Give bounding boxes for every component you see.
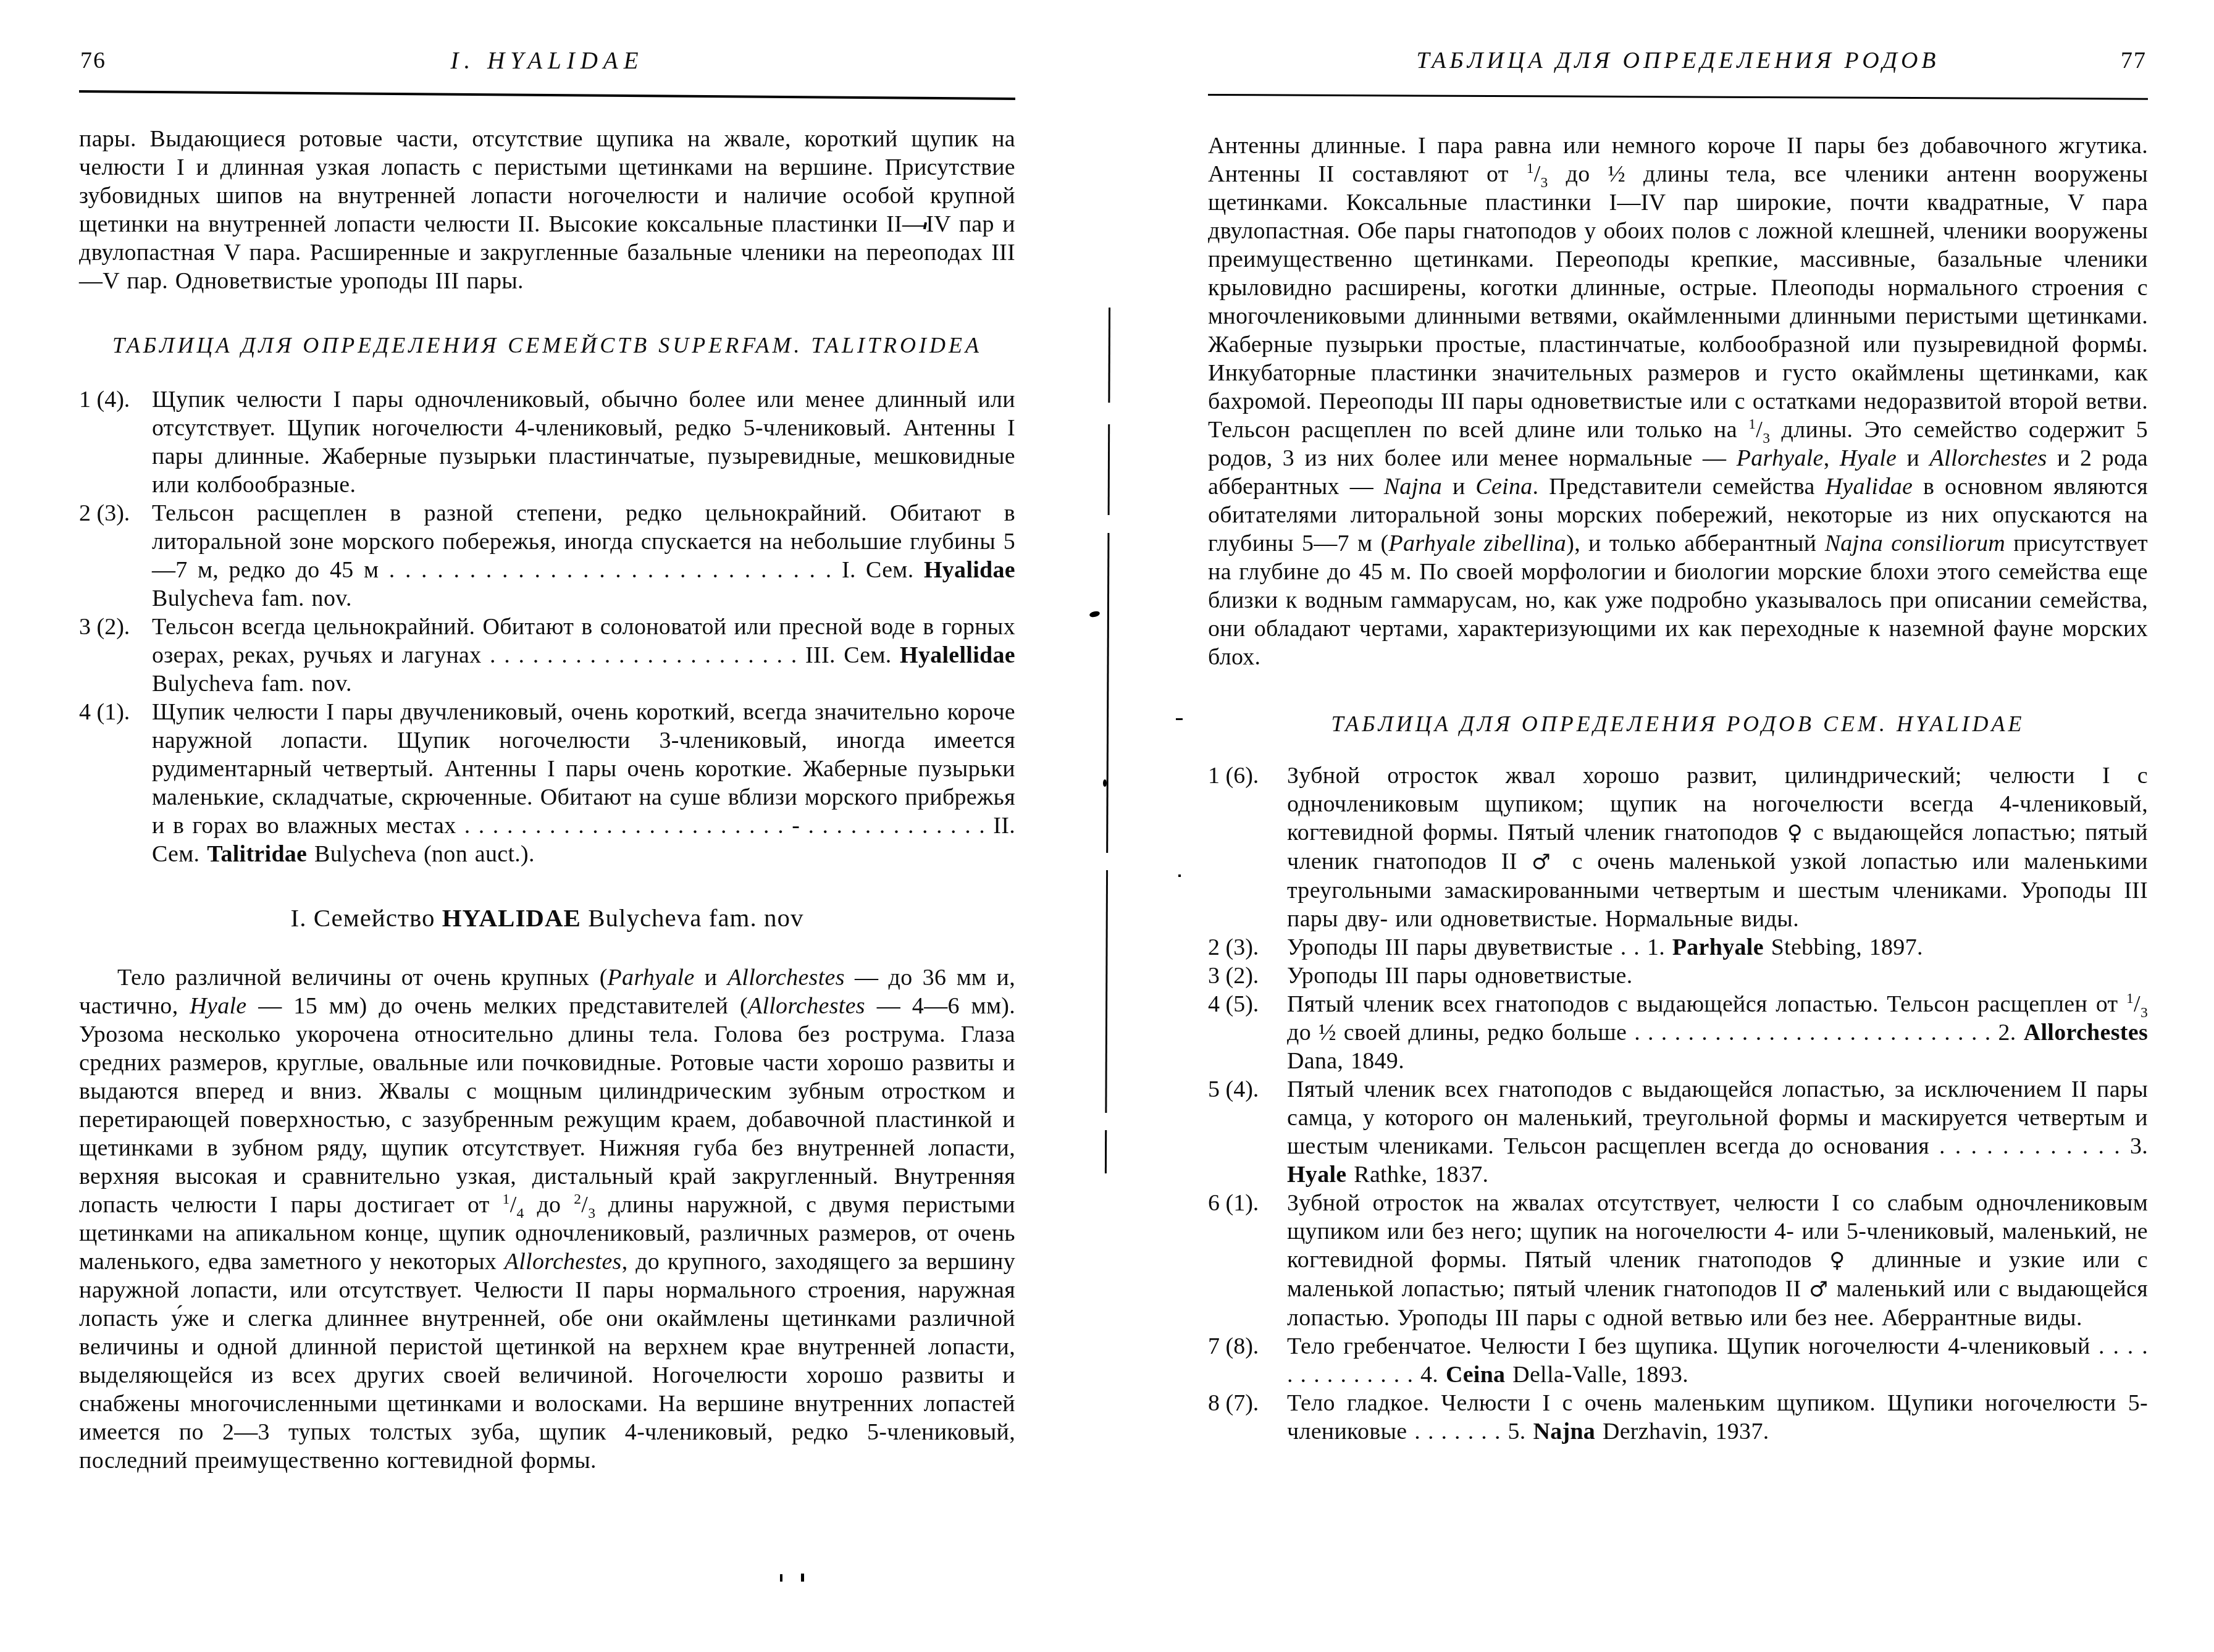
key-text: Тельсон всегда цельнокрайний. Обитают в … <box>152 613 1015 698</box>
genus-key-item-8: 8 (7). Тело гладкое. Челюсти I с очень м… <box>1208 1389 2148 1446</box>
page-left: 76 I. HYALIDAE пары. Выдающиеся ротовые … <box>79 0 1015 1475</box>
genus-key-item-2: 2 (3). Уроподы III пары двуветвистые . .… <box>1208 933 2148 962</box>
genus-key-item-1: 1 (6). Зубной отросток жвал хорошо разви… <box>1208 761 2148 933</box>
family-key-item-2: 2 (3). Тельсон расщеплен в разной степен… <box>79 499 1015 613</box>
key-text: Тело гладкое. Челюсти I с очень маленьки… <box>1287 1389 2148 1446</box>
key-text: Щупик челюсти I пары одночлениковый, обы… <box>152 385 1015 499</box>
key-text: Пятый членик всех гнатоподов с выдающейс… <box>1287 990 2148 1075</box>
ink-speck <box>1103 779 1107 787</box>
gutter-crease <box>1105 308 1110 1173</box>
family-key-item-1: 1 (4). Щупик челюсти I пары одночлеников… <box>79 385 1015 499</box>
key-number: 5 (4). <box>1208 1075 1259 1104</box>
key-number: 3 (2). <box>1208 962 1259 990</box>
genus-table-heading: ТАБЛИЦА ДЛЯ ОПРЕДЕЛЕНИЯ РОДОВ СЕМ. HYALI… <box>1208 711 2148 737</box>
ink-speck <box>1176 718 1183 720</box>
ink-speck <box>780 1574 782 1582</box>
header-rule-right <box>1208 94 2148 100</box>
genus-key-item-4: 4 (5). Пятый членик всех гнатоподов с вы… <box>1208 990 2148 1075</box>
page-header-left: 76 I. HYALIDAE <box>79 47 1015 79</box>
ink-speck <box>1089 610 1101 618</box>
family-key-item-4: 4 (1). Щупик челюсти I пары двучлениковы… <box>79 698 1015 868</box>
key-number: 4 (5). <box>1208 990 1259 1018</box>
family-table-heading: ТАБЛИЦА ДЛЯ ОПРЕДЕЛЕНИЯ СЕМЕЙСТВ SUPERFA… <box>79 332 1015 358</box>
intro-paragraph-left: пары. Выдающиеся ротовые части, отсутств… <box>79 125 1015 295</box>
key-number: 8 (7). <box>1208 1389 1259 1417</box>
family-key-list: 1 (4). Щупик челюсти I пары одночлеников… <box>79 385 1015 868</box>
key-number: 2 (3). <box>79 499 130 527</box>
key-number: 2 (3). <box>1208 933 1259 962</box>
key-text: Зубной отросток жвал хорошо развит, цили… <box>1287 761 2148 933</box>
key-text: Зубной отросток на жвалах отсутствует, ч… <box>1287 1189 2148 1332</box>
genus-key-item-6: 6 (1). Зубной отросток на жвалах отсутст… <box>1208 1189 2148 1332</box>
family-description-paragraph: Тело различной величины от очень крупных… <box>79 963 1015 1475</box>
key-text: Щупик челюсти I пары двучлениковый, очен… <box>152 698 1015 868</box>
genus-key-item-5: 5 (4). Пятый членик всех гнатоподов с вы… <box>1208 1075 2148 1189</box>
key-text: Пятый членик всех гнатоподов с выдающейс… <box>1287 1075 2148 1189</box>
intro-paragraph-right: Антенны длинные. I пара равна или немног… <box>1208 132 2148 671</box>
page-number-left: 76 <box>80 47 106 74</box>
ink-speck <box>801 1574 804 1582</box>
key-number: 7 (8). <box>1208 1332 1259 1361</box>
key-text: Тельсон расщеплен в разной степени, редк… <box>152 499 1015 613</box>
ink-speck <box>1178 874 1181 877</box>
page-header-right: ТАБЛИЦА ДЛЯ ОПРЕДЕЛЕНИЯ РОДОВ 77 <box>1208 47 2148 79</box>
key-number: 6 (1). <box>1208 1189 1259 1217</box>
key-text: Уроподы III пары двуветвистые . . 1. Par… <box>1287 933 2148 962</box>
key-number: 4 (1). <box>79 698 130 726</box>
page-right: ТАБЛИЦА ДЛЯ ОПРЕДЕЛЕНИЯ РОДОВ 77 Антенны… <box>1208 0 2148 1446</box>
ink-speck <box>2129 338 2132 341</box>
family-section-heading: I. Семейство HYALIDAE Bulycheva fam. nov <box>79 903 1015 933</box>
genus-key-item-7: 7 (8). Тело гребенчатое. Челюсти I без щ… <box>1208 1332 2148 1389</box>
header-rule-left <box>79 90 1015 100</box>
page-number-right: 77 <box>2121 47 2147 74</box>
book-spread: 76 I. HYALIDAE пары. Выдающиеся ротовые … <box>0 0 2214 1652</box>
key-number: 1 (4). <box>79 385 130 414</box>
key-text: Уроподы III пары одноветвистые. <box>1287 962 2148 990</box>
key-number: 1 (6). <box>1208 761 1259 790</box>
genus-key-list: 1 (6). Зубной отросток жвал хорошо разви… <box>1208 761 2148 1446</box>
key-text: Тело гребенчатое. Челюсти I без щупика. … <box>1287 1332 2148 1389</box>
family-key-item-3: 3 (2). Тельсон всегда цельнокрайний. Оби… <box>79 613 1015 698</box>
running-head-left: I. HYALIDAE <box>79 47 1015 75</box>
running-head-right: ТАБЛИЦА ДЛЯ ОПРЕДЕЛЕНИЯ РОДОВ <box>1208 47 2148 74</box>
genus-key-item-3: 3 (2). Уроподы III пары одноветвистые. <box>1208 962 2148 990</box>
key-number: 3 (2). <box>79 613 130 641</box>
